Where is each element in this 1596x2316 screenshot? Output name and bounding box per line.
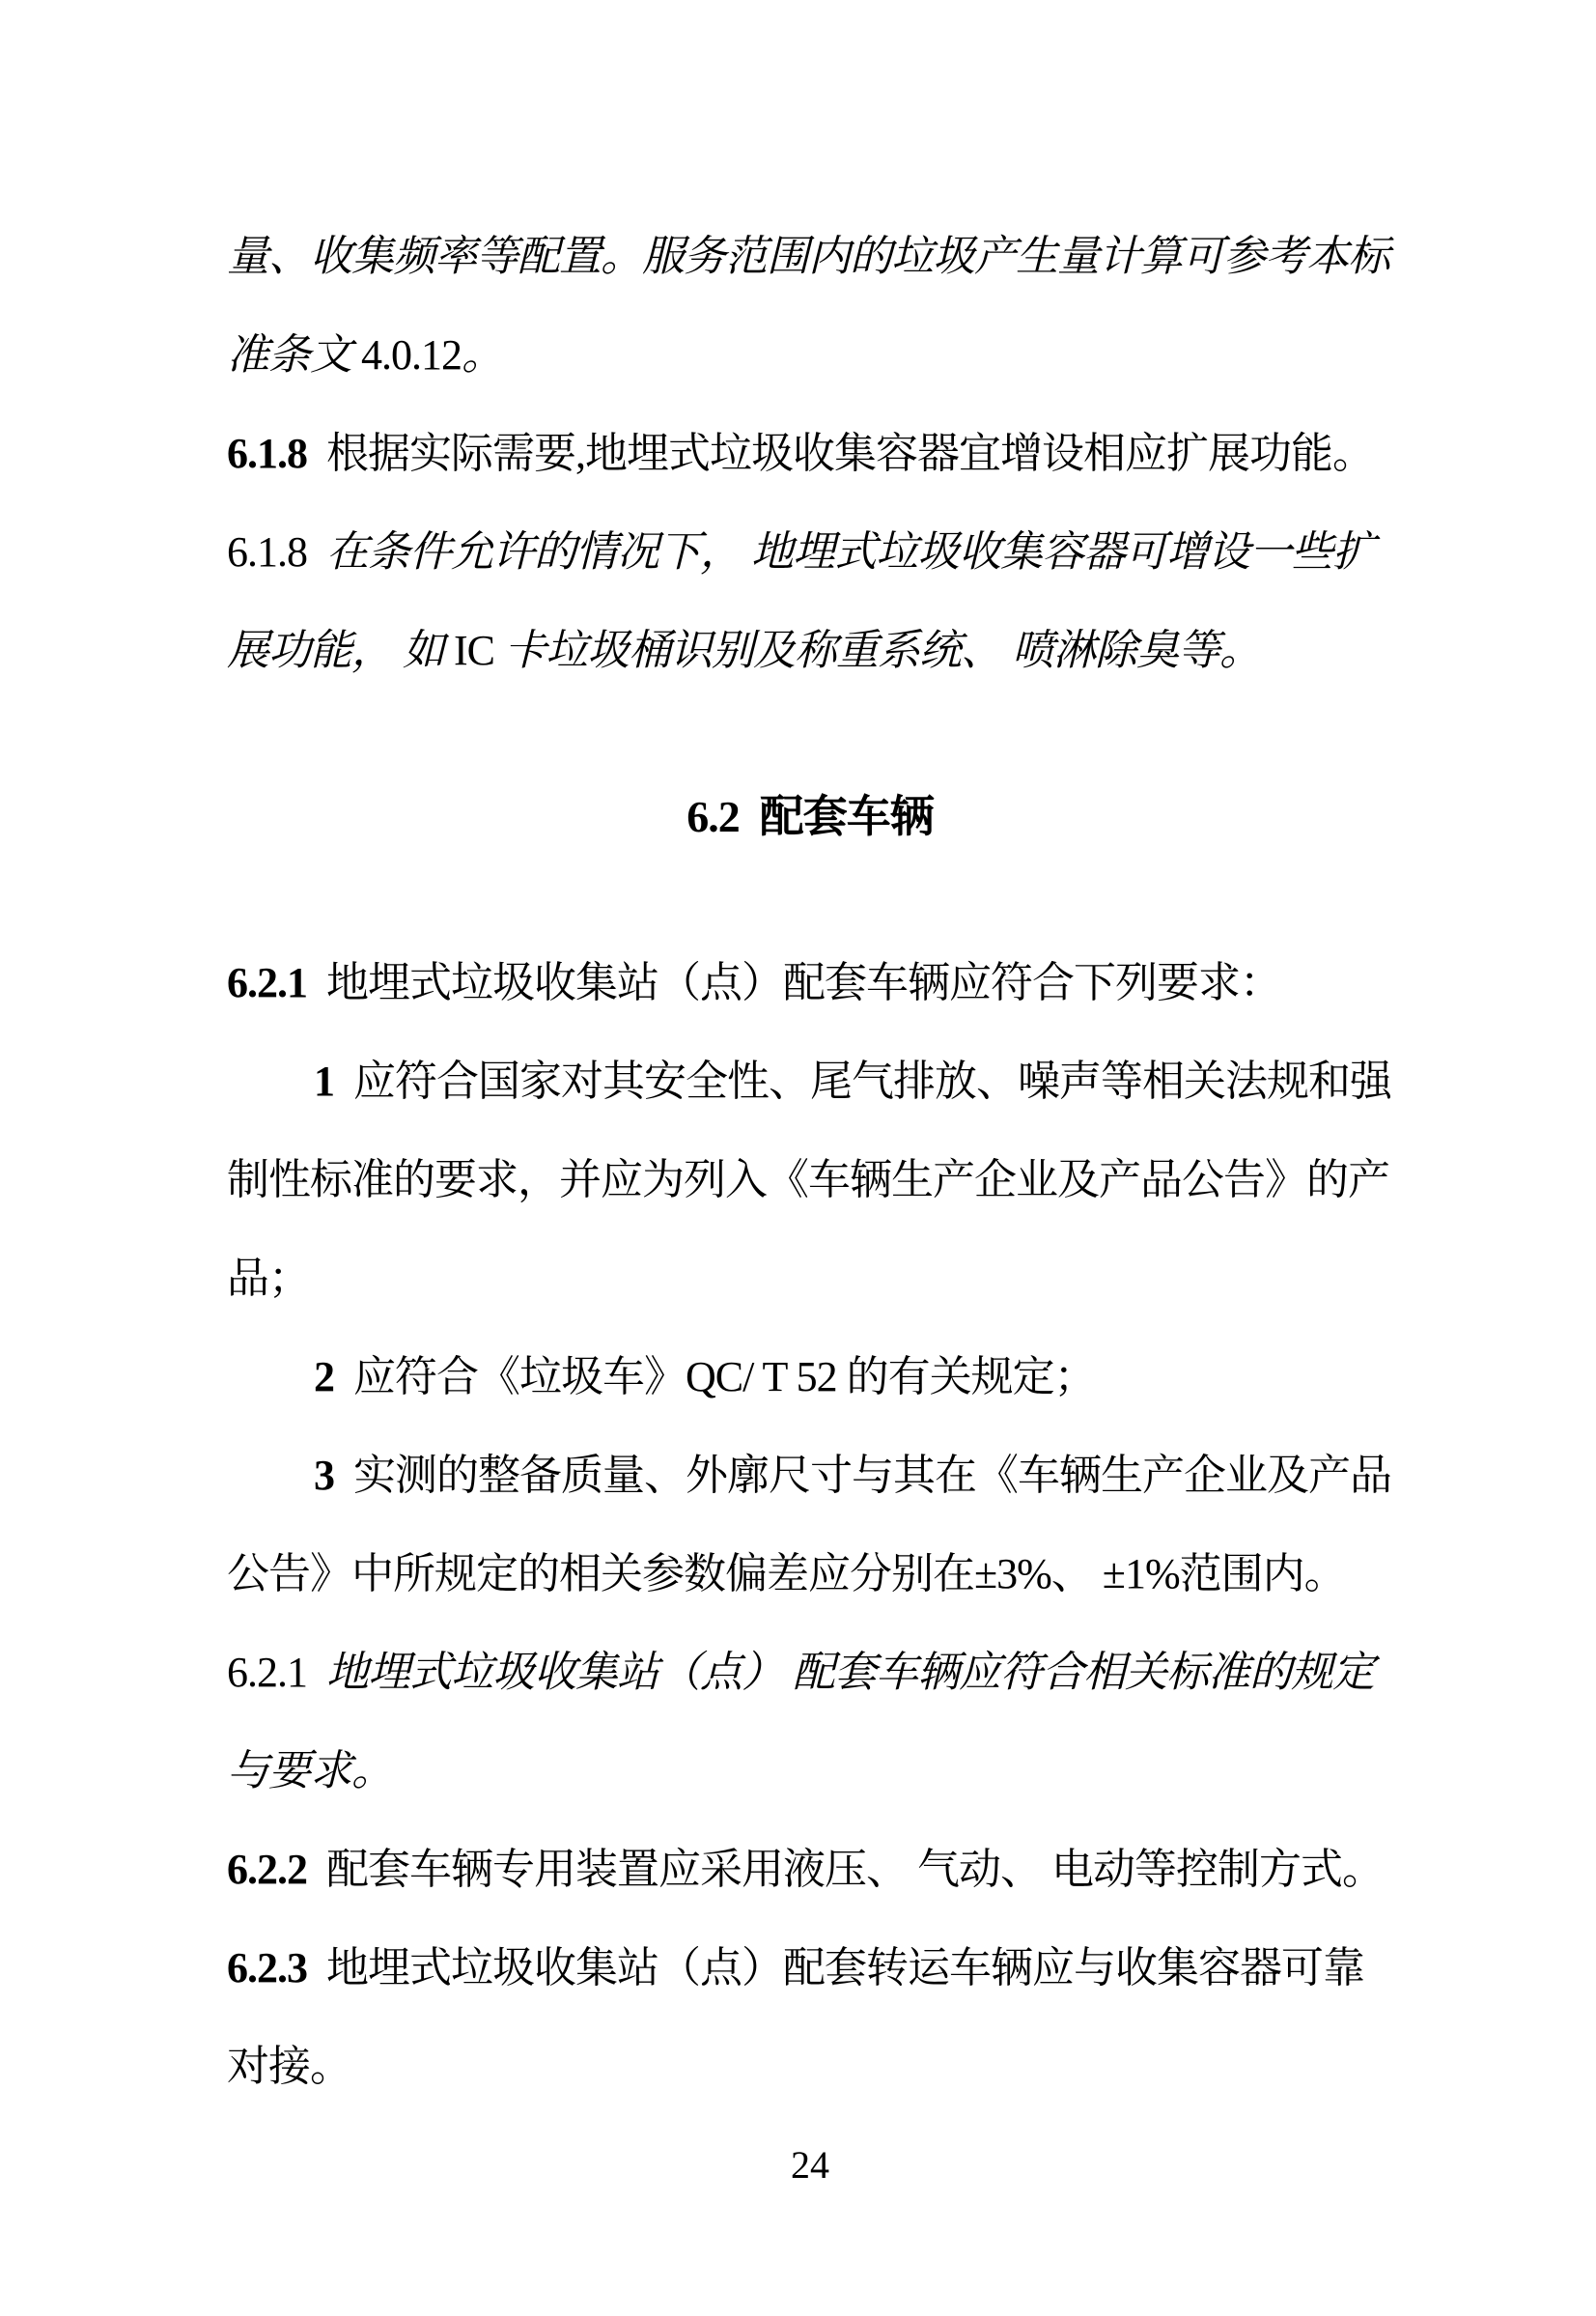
text-segment: 量、收集频率等配置。服务范围内的垃圾产生量计算可参考本标 bbox=[227, 233, 1389, 280]
text-segment: 准条文 bbox=[227, 331, 361, 379]
text-segment: 在条件允许的情况下， 地埋式垃圾收集容器可增设一些扩 bbox=[326, 528, 1374, 576]
clause-6.1.8-original-cont: 展功能， 如 IC 卡垃圾桶识别及称重系统、 喷淋除臭等。 bbox=[227, 602, 1393, 700]
clause-6.1.8: 6.1.8 根据实际需要,地埋式垃圾收集容器宜增设相应扩展功能。 bbox=[227, 405, 1393, 503]
para-continuation: 准条文 4.0.12。 bbox=[227, 306, 1393, 405]
clause-number: 6.1.8 bbox=[227, 528, 326, 576]
text-segment: 实测的整备质量、外廓尺寸与其在《车辆生产企业及产品 bbox=[353, 1452, 1391, 1499]
clause-6.2.3: 6.2.3 地埋式垃圾收集站（点）配套转运车辆应与收集容器可靠 bbox=[227, 1919, 1393, 2018]
item-number: 3 bbox=[314, 1452, 353, 1499]
clause-6.1.8-original: 6.1.8 在条件允许的情况下， 地埋式垃圾收集容器可增设一些扩 bbox=[227, 503, 1393, 602]
text-segment: 根据实际需要,地埋式垃圾收集容器宜增设相应扩展功能。 bbox=[326, 430, 1374, 477]
text-segment: 地埋式垃圾收集站（点）配套车辆应符合下列要求： bbox=[326, 959, 1281, 1006]
text-segment: 应符合《垃圾车》QC/ T 52 的有关规定； bbox=[353, 1353, 1096, 1400]
item-1-cont: 品； bbox=[227, 1229, 1393, 1328]
item-1-cont: 制性标准的要求，并应为列入《车辆生产企业及产品公告》的产 bbox=[227, 1131, 1393, 1229]
document-page: 量、收集频率等配置。服务范围内的垃圾产生量计算可参考本标准条文 4.0.12。6… bbox=[0, 0, 1596, 2316]
text-segment: 展功能， 如 bbox=[227, 627, 454, 674]
text-segment: 对接。 bbox=[227, 2043, 351, 2090]
text-segment: 配套车辆专用装置应采用液压、 气动、 电动等控制方式。 bbox=[326, 1846, 1384, 1893]
document-content: 量、收集频率等配置。服务范围内的垃圾产生量计算可参考本标准条文 4.0.12。6… bbox=[0, 0, 1596, 2215]
clause-6.2.1-original-cont: 与要求。 bbox=[227, 1722, 1393, 1821]
clause-6.2.3-cont: 对接。 bbox=[227, 2018, 1393, 2116]
clause-6.2.2: 6.2.2 配套车辆专用装置应采用液压、 气动、 电动等控制方式。 bbox=[227, 1821, 1393, 1919]
text-segment: 制性标准的要求，并应为列入《车辆生产企业及产品公告》的产 bbox=[227, 1156, 1389, 1203]
item-3: 3 实测的整备质量、外廓尺寸与其在《车辆生产企业及产品 bbox=[227, 1426, 1393, 1525]
item-number: 1 bbox=[314, 1058, 353, 1105]
text-segment: 公告》中所规定的相关参数偏差应分别在±3%、 ±1%范围内。 bbox=[227, 1550, 1346, 1597]
clause-6.2.1: 6.2.1 地埋式垃圾收集站（点）配套车辆应符合下列要求： bbox=[227, 934, 1393, 1032]
section-heading: 6.2 配套车辆 bbox=[227, 768, 1393, 866]
text-segment: 卡垃圾桶识别及称重系统、 喷淋除臭等。 bbox=[494, 627, 1261, 674]
text-segment: 与要求。 bbox=[227, 1747, 393, 1794]
page-number: 24 bbox=[227, 2116, 1393, 2215]
section-title: 配套车辆 bbox=[760, 792, 934, 841]
clause-number: 6.2.2 bbox=[227, 1846, 326, 1893]
clause-number: 6.2.3 bbox=[227, 1944, 326, 1991]
document-body: 量、收集频率等配置。服务范围内的垃圾产生量计算可参考本标准条文 4.0.12。6… bbox=[227, 208, 1393, 2116]
text-segment: 品； bbox=[227, 1255, 310, 1302]
text-segment: IC bbox=[454, 627, 494, 674]
item-number: 2 bbox=[314, 1353, 353, 1400]
section-number: 6.2 bbox=[686, 792, 760, 841]
clause-number: 6.2.1 bbox=[227, 959, 326, 1006]
text-segment: 4.0.12 bbox=[361, 331, 462, 379]
clause-number: 6.1.8 bbox=[227, 430, 326, 477]
item-2: 2 应符合《垃圾车》QC/ T 52 的有关规定； bbox=[227, 1328, 1393, 1426]
clause-number: 6.2.1 bbox=[227, 1649, 326, 1696]
text-segment: 地埋式垃圾收集站（点）配套转运车辆应与收集容器可靠 bbox=[326, 1944, 1364, 1991]
text-segment: 。 bbox=[462, 331, 503, 379]
text-segment: 应符合国家对其安全性、尾气排放、噪声等相关法规和强 bbox=[353, 1058, 1391, 1105]
text-segment: 地埋式垃圾收集站（点） 配套车辆应符合相关标准的规定 bbox=[326, 1649, 1374, 1696]
item-3-cont: 公告》中所规定的相关参数偏差应分别在±3%、 ±1%范围内。 bbox=[227, 1525, 1393, 1624]
clause-6.2.1-original: 6.2.1 地埋式垃圾收集站（点） 配套车辆应符合相关标准的规定 bbox=[227, 1624, 1393, 1722]
item-1: 1 应符合国家对其安全性、尾气排放、噪声等相关法规和强 bbox=[227, 1032, 1393, 1131]
para-continuation: 量、收集频率等配置。服务范围内的垃圾产生量计算可参考本标 bbox=[227, 208, 1393, 306]
